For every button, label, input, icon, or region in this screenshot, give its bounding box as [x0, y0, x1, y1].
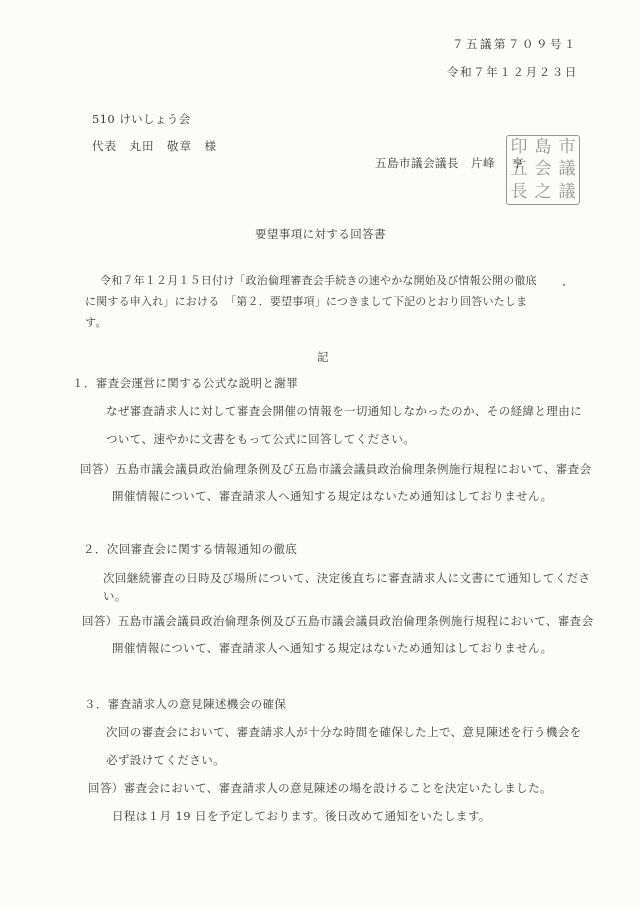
seal-char: 議 [555, 181, 579, 204]
section-3-answer-line-1: 回答）審査会において、審査請求人の意見陳述の場を設けることを決定いたしました。 [88, 780, 552, 796]
section-1-answer-line-1: 回答）五島市議会議員政治倫理条例及び五島市議会議員政治倫理条例施行規程において、… [80, 461, 591, 477]
section-1-heading: １．審査会運営に関する公式な説明と謝罪 [72, 375, 298, 391]
section-2-request-line-1: 次回継続審査の日時及び場所について、決定後直ちに審査請求人に文書にて通知してくだ… [103, 570, 590, 586]
section-2-heading: ２．次回審査会に関する情報通知の徹底 [83, 541, 297, 557]
recipient-organization: 510 けいしょう会 [92, 111, 191, 127]
scan-speck [563, 284, 565, 286]
sender-title-name: 五島市議会議長 片峰 [375, 155, 495, 171]
section-1-request-line-1: なぜ審査請求人に対して審査会開催の情報を一切通知しなかったのか、その経緯と理由に [106, 403, 582, 419]
seal-char: 市 [555, 136, 579, 159]
intro-line-2: に関する申入れ」における 「第２．要望事項」につきまして下記のとおり回答いたしま [85, 293, 527, 309]
section-1-answer-line-2: 開催情報について、審査請求人へ通知する規定はないため通知はしておりません。 [112, 488, 553, 504]
seal-char: 之 [531, 181, 555, 204]
section-2-answer-line-1: 回答）五島市議会議員政治倫理条例及び五島市議会議員政治倫理条例施行規程において、… [82, 613, 593, 629]
section-3-heading: ３．審査請求人の意見陳述機会の確保 [84, 696, 286, 712]
section-3-answer-line-2: 日程は１月 19 日を予定しております。後日改めて通知をいたします。 [112, 808, 491, 824]
intro-line-3: す。 [85, 314, 107, 330]
seal-char: 議 [555, 159, 579, 182]
section-2-request-line-2: い。 [103, 588, 127, 604]
document-title: 要望事項に対する回答書 [255, 226, 386, 242]
section-2-answer-line-2: 開催情報について、審査請求人へ通知する規定はないため通知はしておりません。 [112, 640, 553, 656]
seal-char: 会 [531, 159, 555, 182]
seal-char: 島 [531, 136, 555, 159]
recipient-name: 代表 丸田 敬章 様 [92, 138, 217, 154]
intro-line-1: 令和７年１２月１５日付け「政治倫理審査会手続きの速やかな開始及び情報公開の徹底 [100, 272, 537, 288]
section-3-request-line-2: 必ず設けてください。 [106, 752, 225, 768]
ki-label: 記 [317, 349, 329, 365]
section-3-request-line-1: 次回の審査会において、審査請求人が十分な時間を確保した上で、意見陳述を行う機会を [106, 724, 582, 740]
seal-char: 長 [507, 181, 531, 204]
section-1-request-line-2: ついて、速やかに文書をもって公式に回答してください。 [106, 431, 415, 447]
reference-number: ７五議第７０９号１ [452, 36, 578, 52]
sender-name-tail: 亨 [512, 155, 524, 171]
document-date: 令和７年１２月２３日 [447, 64, 578, 80]
